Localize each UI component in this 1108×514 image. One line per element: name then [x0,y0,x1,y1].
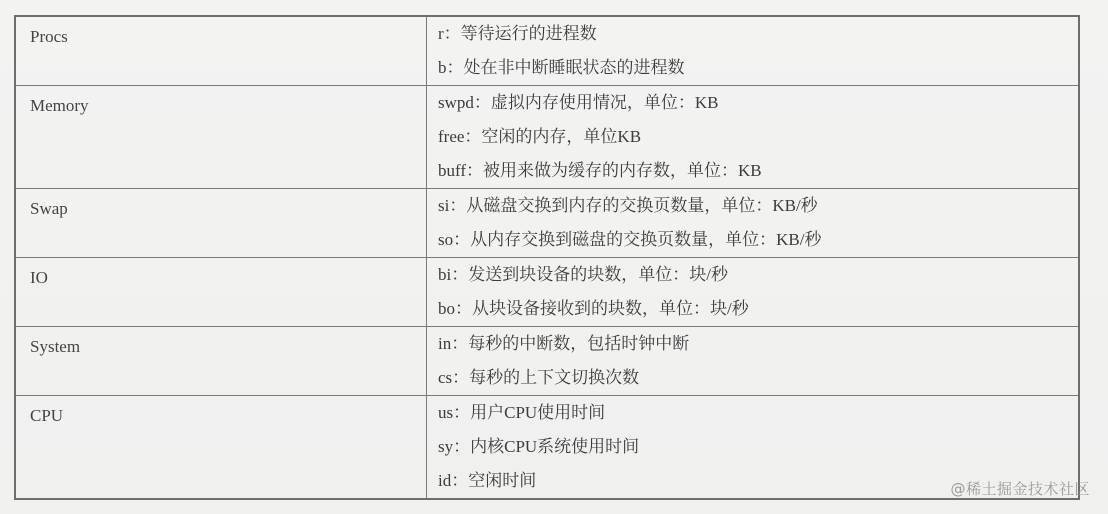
field-description: swpd：虚拟内存使用情况，单位：KB [438,86,1078,120]
vmstat-fields-table: Procs r：等待运行的进程数 b：处在非中断睡眠状态的进程数 Memory … [14,15,1080,500]
field-description: cs：每秒的上下文切换次数 [438,361,1078,395]
table-row-io: IO bi：发送到块设备的块数，单位：块/秒 bo：从块设备接收到的块数，单位：… [15,258,1079,327]
field-description: us：用户CPU使用时间 [438,396,1078,430]
category-cell: Memory [15,86,427,189]
field-description: bo：从块设备接收到的块数，单位：块/秒 [438,292,1078,326]
category-cell: Swap [15,189,427,258]
description-cell: swpd：虚拟内存使用情况，单位：KB free：空闲的内存，单位KB buff… [427,86,1080,189]
table-row-swap: Swap si：从磁盘交换到内存的交换页数量，单位：KB/秒 so：从内存交换到… [15,189,1079,258]
description-cell: bi：发送到块设备的块数，单位：块/秒 bo：从块设备接收到的块数，单位：块/秒 [427,258,1080,327]
scanned-page: Procs r：等待运行的进程数 b：处在非中断睡眠状态的进程数 Memory … [0,0,1108,514]
table-row-procs: Procs r：等待运行的进程数 b：处在非中断睡眠状态的进程数 [15,16,1079,86]
field-description: buff：被用来做为缓存的内存数，单位：KB [438,154,1078,188]
table-row-system: System in：每秒的中断数，包括时钟中断 cs：每秒的上下文切换次数 [15,327,1079,396]
field-description: b：处在非中断睡眠状态的进程数 [438,51,1078,85]
field-description: r：等待运行的进程数 [438,17,1078,51]
field-description: sy：内核CPU系统使用时间 [438,430,1078,464]
watermark: @稀土掘金技术社区 [950,478,1090,499]
description-cell: r：等待运行的进程数 b：处在非中断睡眠状态的进程数 [427,16,1080,86]
category-cell: Procs [15,16,427,86]
field-description: so：从内存交换到磁盘的交换页数量，单位：KB/秒 [438,223,1078,257]
field-description: bi：发送到块设备的块数，单位：块/秒 [438,258,1078,292]
description-cell: in：每秒的中断数，包括时钟中断 cs：每秒的上下文切换次数 [427,327,1080,396]
category-cell: System [15,327,427,396]
table-row-memory: Memory swpd：虚拟内存使用情况，单位：KB free：空闲的内存，单位… [15,86,1079,189]
field-description: in：每秒的中断数，包括时钟中断 [438,327,1078,361]
category-cell: IO [15,258,427,327]
field-description: free：空闲的内存，单位KB [438,120,1078,154]
table-row-cpu: CPU us：用户CPU使用时间 sy：内核CPU系统使用时间 id：空闲时间 [15,396,1079,500]
field-description: si：从磁盘交换到内存的交换页数量，单位：KB/秒 [438,189,1078,223]
category-cell: CPU [15,396,427,500]
description-cell: si：从磁盘交换到内存的交换页数量，单位：KB/秒 so：从内存交换到磁盘的交换… [427,189,1080,258]
